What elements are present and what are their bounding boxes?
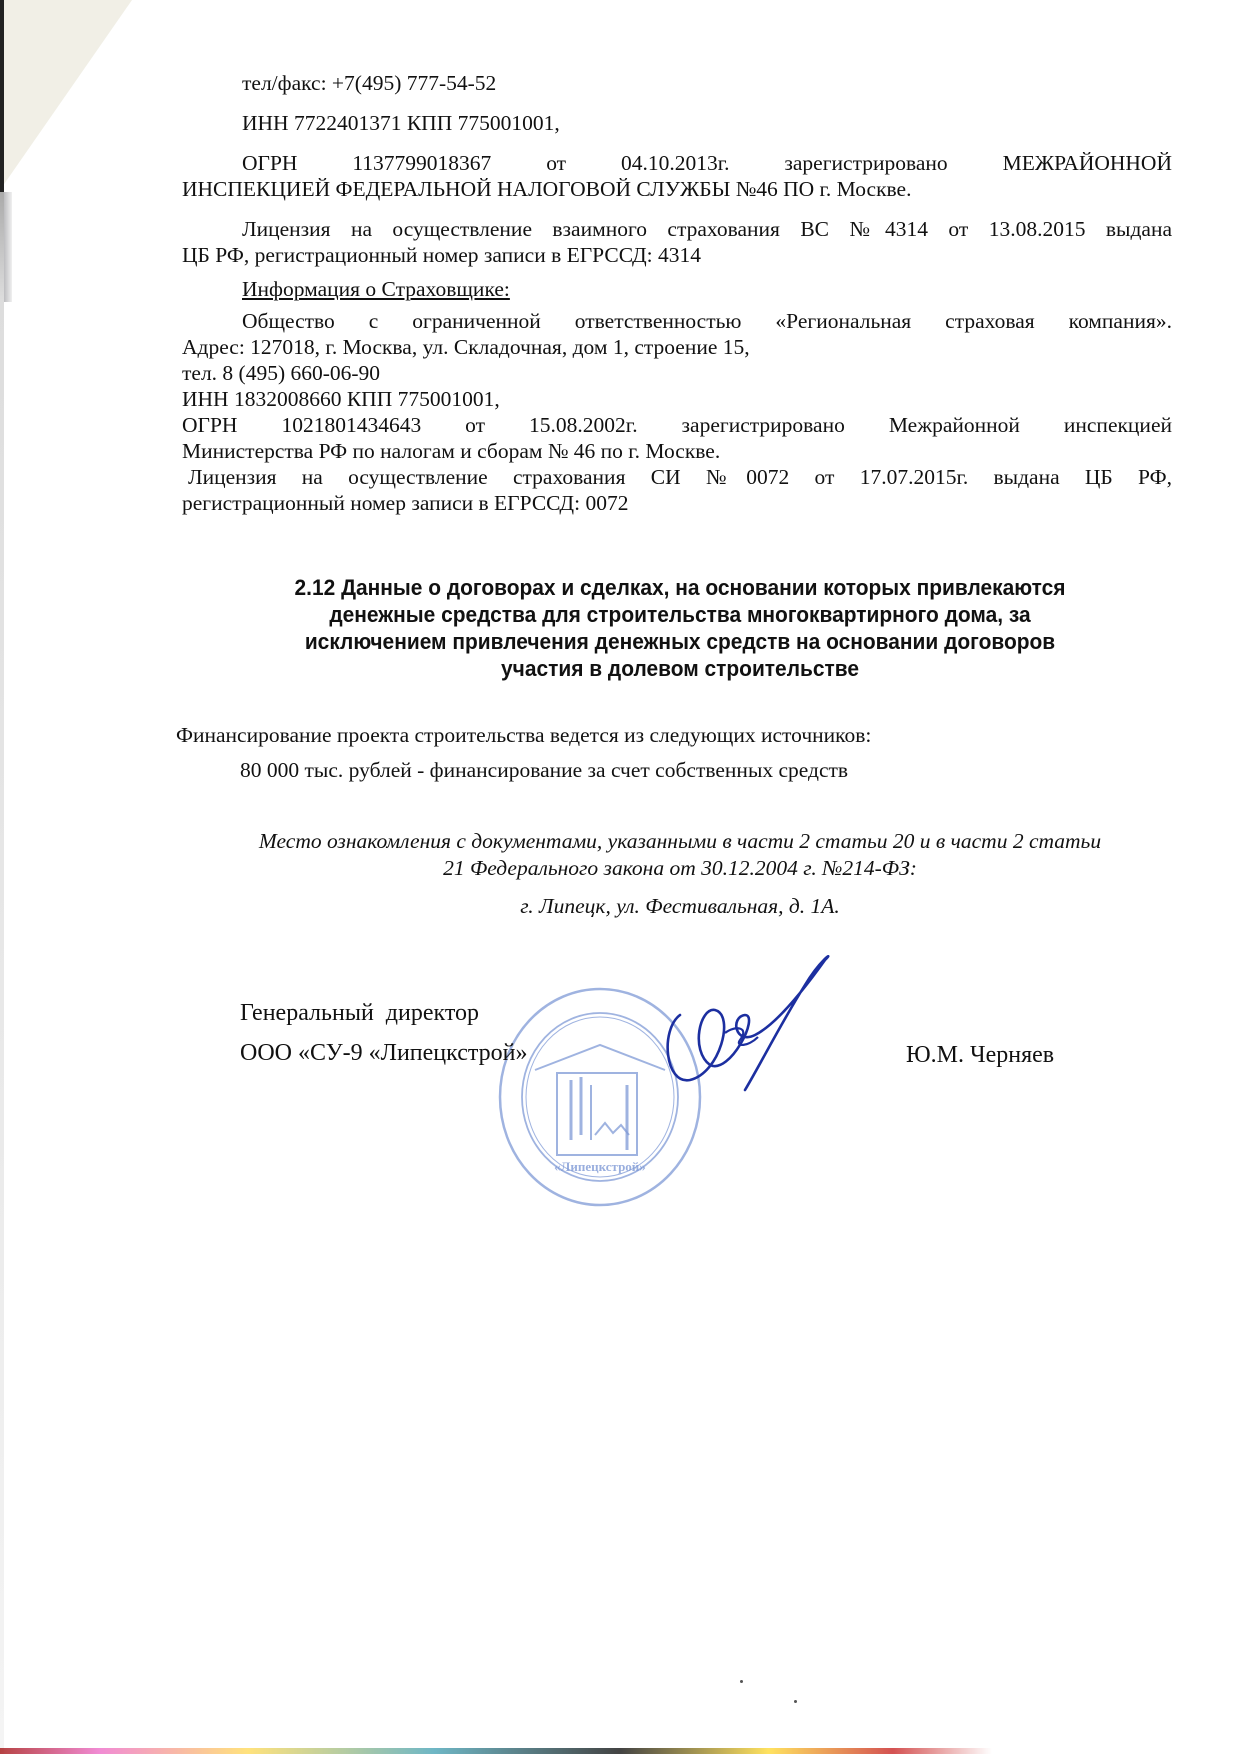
insurer-heading: Информация о Страховщике: xyxy=(182,276,1172,302)
title-line: исключением привлечения денежных средств… xyxy=(215,628,1145,655)
insurer-license-line-1: Лицензия на осуществление страхования СИ… xyxy=(182,464,1172,490)
signatory-name: Ю.М. Черняев xyxy=(906,1040,1054,1070)
license-line-2: ЦБ РФ, регистрационный номер записи в ЕГ… xyxy=(182,242,1172,268)
insurer-license-line-2: регистрационный номер записи в ЕГРССД: 0… xyxy=(182,490,1172,516)
insurer-company: Общество с ограниченной ответственностью… xyxy=(182,308,1172,334)
inn-kpp: ИНН 7722401371 КПП 775001001, xyxy=(182,110,1172,136)
svg-text:«Липецкстрой»: «Липецкстрой» xyxy=(554,1159,646,1174)
financing-item: 80 000 тыс. рублей - финансирование за с… xyxy=(240,757,848,783)
scan-speck xyxy=(740,1680,743,1683)
ogrn-line-1: ОГРН 1137799018367 от 04.10.2013г. зарег… xyxy=(182,150,1172,176)
insurer-inn-kpp: ИНН 1832008660 КПП 775001001, xyxy=(182,386,1172,412)
scan-bottom-strip xyxy=(0,1748,1240,1754)
insurer-address: Адрес: 127018, г. Москва, ул. Складочная… xyxy=(182,334,1172,360)
signatory-company: ООО «СУ-9 «Липецкстрой» xyxy=(240,1038,527,1068)
license-line-1: Лицензия на осуществление взаимного стра… xyxy=(182,216,1172,242)
insurer-info: Информация о Страховщике: Общество с огр… xyxy=(182,276,1172,516)
insurer-ogrn-line-2: Министерства РФ по налогам и сборам № 46… xyxy=(182,438,1172,464)
signatory-position: Генеральный директор xyxy=(240,998,479,1028)
developer-info: тел/факс: +7(495) 777-54-52 ИНН 77224013… xyxy=(182,70,1172,268)
financing-intro: Финансирование проекта строительства вед… xyxy=(176,722,871,748)
scan-folded-corner xyxy=(0,0,132,190)
scan-left-edge-shadow xyxy=(4,192,12,302)
signature-icon xyxy=(640,955,840,1095)
scan-speck xyxy=(794,1700,797,1703)
insurer-ogrn-line-1: ОГРН 1021801434643 от 15.08.2002г. зарег… xyxy=(182,412,1172,438)
insurer-phone: тел. 8 (495) 660-06-90 xyxy=(182,360,1172,386)
documents-place-line-2: 21 Федерального закона от 30.12.2004 г. … xyxy=(180,855,1180,881)
title-line: денежные средства для строительства мног… xyxy=(215,601,1145,628)
phone-fax: тел/факс: +7(495) 777-54-52 xyxy=(182,70,1172,96)
title-line: участия в долевом строительстве xyxy=(215,655,1145,682)
documents-place-address: г. Липецк, ул. Фестивальная, д. 1А. xyxy=(180,893,1180,919)
section-2-12-title: 2.12 Данные о договорах и сделках, на ос… xyxy=(215,574,1145,682)
ogrn-line-2: ИНСПЕКЦИЕЙ ФЕДЕРАЛЬНОЙ НАЛОГОВОЙ СЛУЖБЫ … xyxy=(182,176,1172,202)
title-line: 2.12 Данные о договорах и сделках, на ос… xyxy=(215,574,1145,601)
documents-place-line-1: Место ознакомления с документами, указан… xyxy=(180,828,1180,854)
